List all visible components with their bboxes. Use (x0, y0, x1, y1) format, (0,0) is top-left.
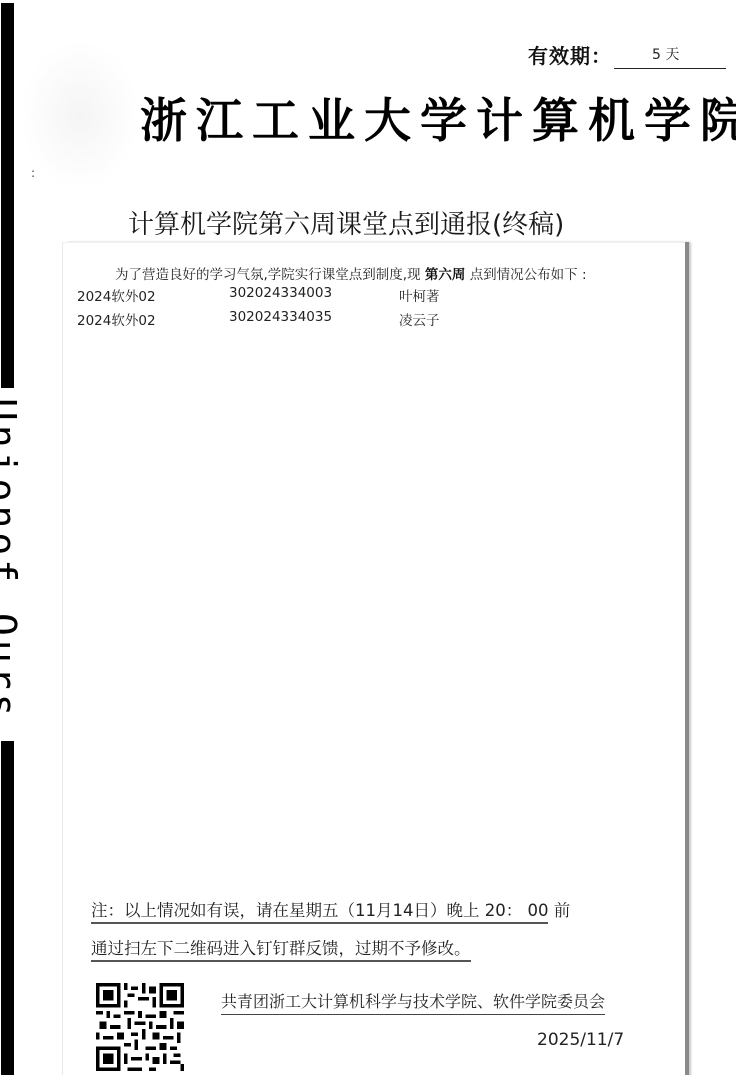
note-line-2: 通过扫左下二维码进入钉钉群反馈，过期不予修改。 (91, 935, 471, 959)
vertical-banner-text: Unionof Ours (0, 398, 17, 728)
record-name: 凌云子 (399, 309, 440, 329)
record-student-id: 302024334003 (229, 285, 332, 301)
intro-week: 第六周 (425, 267, 466, 283)
colon-mark: : (31, 169, 35, 177)
notice-title: 计算机学院第六周课堂点到通报(终稿) (128, 208, 564, 244)
record-name: 叶柯著 (399, 285, 440, 305)
notice-paper: 为了营造良好的学习气氛,学院实行课堂点到制度,现 第六周 点到情况公布如下 : … (62, 242, 685, 1075)
intro-prefix: 为了营造良好的学习气氛,学院实行课堂点到制度,现 (115, 267, 421, 283)
intro-paragraph: 为了营造良好的学习气氛,学院实行课堂点到制度,现 第六周 点到情况公布如下 : (115, 263, 587, 283)
record-class: 2024软外02 (77, 309, 156, 329)
background-smudge (20, 40, 140, 190)
validity-field: 有效期： 5 天 (528, 40, 726, 69)
record-student-id: 302024334035 (229, 309, 332, 325)
institution-title: 浙江工业大学计算机学院 (140, 90, 736, 154)
validity-label: 有效期： (528, 40, 612, 69)
issue-date: 2025/11/7 (537, 1030, 624, 1050)
note-line-2-text: 通过扫左下二维码进入钉钉群反馈，过期不予修改。 (91, 939, 471, 962)
note-line-1-text: 注：以上情况如有误，请在星期五（11月14日）晚上 20： 00 (91, 901, 548, 924)
qr-code-icon[interactable] (96, 983, 184, 1071)
left-banner-bar-bottom (1, 741, 14, 1075)
record-class: 2024软外02 (77, 285, 156, 305)
intro-suffix: 点到情况公布如下 : (470, 267, 587, 283)
left-banner-bar-top (1, 3, 14, 388)
note-line-1-tail: 前 (554, 901, 571, 920)
note-line-1: 注：以上情况如有误，请在星期五（11月14日）晚上 20： 00 前 (91, 897, 570, 921)
issuing-organization: 共青团浙工大计算机科学与技术学院、软件学院委员会 (221, 989, 605, 1015)
validity-value: 5 天 (652, 44, 679, 64)
validity-value-line: 5 天 (614, 42, 726, 69)
